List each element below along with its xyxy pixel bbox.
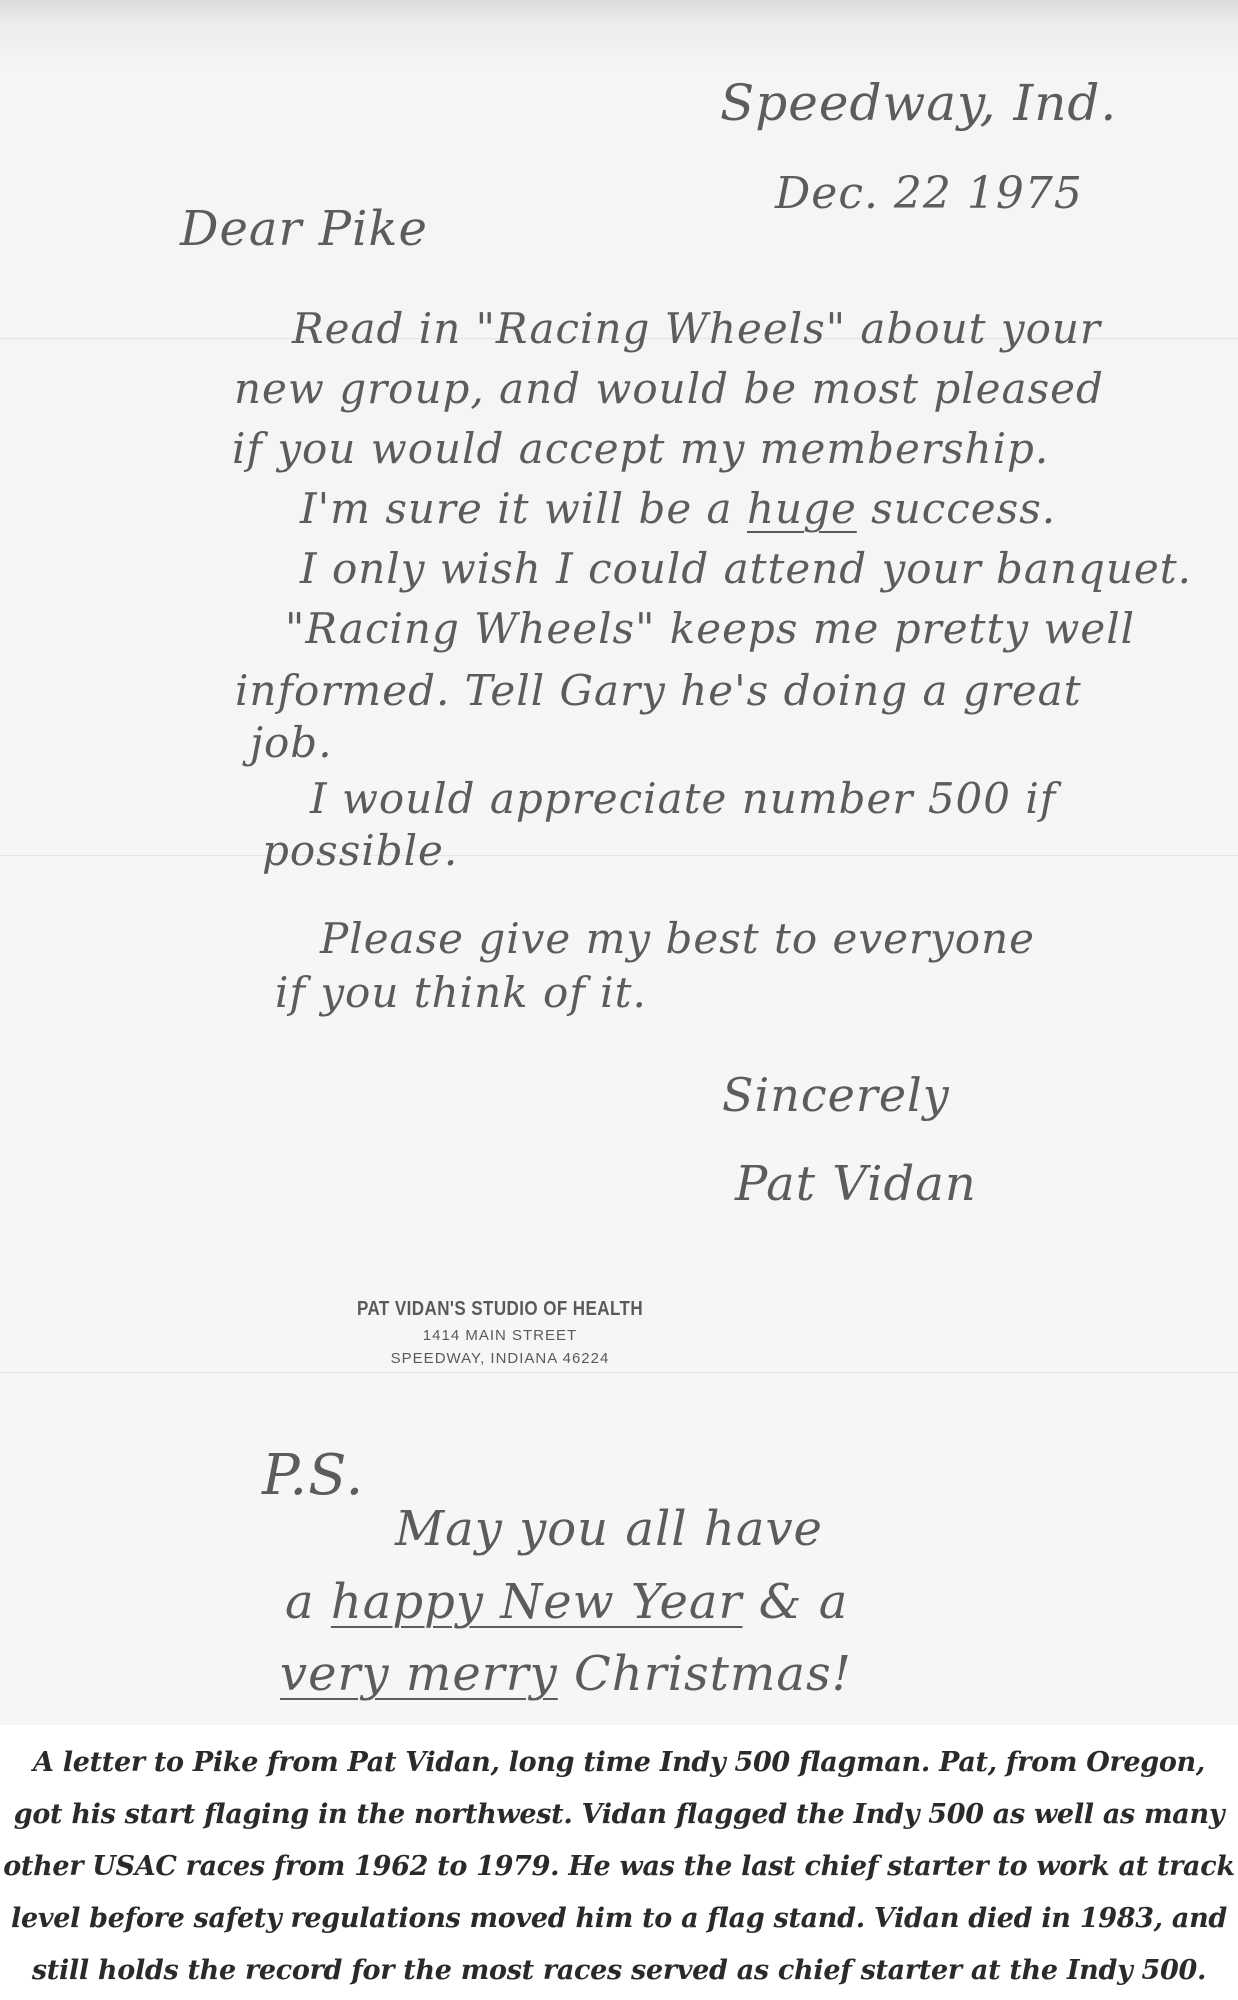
letterhead-street: 1414 MAIN STREET: [300, 1327, 700, 1344]
body-line: if you would accept my membership.: [232, 428, 1049, 470]
letter-salutation: Dear Pike: [180, 205, 428, 253]
caption-line: still holds the record for the most race…: [0, 1945, 1238, 1997]
body-line: I'm sure it will be a huge success.: [300, 484, 1056, 533]
postscript-line-2: a happy New Year & a: [285, 1578, 848, 1626]
postscript-underlined-text: very merry: [280, 1646, 558, 1702]
postscript-text: a: [285, 1574, 315, 1630]
body-line: Read in "Racing Wheels" about your: [292, 308, 1101, 350]
body-line: I only wish I could attend your banquet.: [300, 548, 1192, 590]
letterhead-city: SPEEDWAY, INDIANA 46224: [300, 1350, 700, 1367]
fold-line: [0, 1372, 1238, 1374]
caption-line: got his start flaging in the northwest. …: [0, 1789, 1238, 1841]
caption: A letter to Pike from Pat Vidan, long ti…: [0, 1737, 1238, 1997]
body-line: possible.: [262, 830, 458, 872]
body-line: if you think of it.: [275, 972, 647, 1014]
signature: Pat Vidan: [735, 1160, 977, 1208]
caption-line: A letter to Pike from Pat Vidan, long ti…: [0, 1737, 1238, 1789]
letter-date: Dec. 22 1975: [775, 172, 1083, 216]
letterhead: PAT VIDAN'S STUDIO OF HEALTH 1414 MAIN S…: [300, 1298, 700, 1367]
body-line: "Racing Wheels" keeps me pretty well: [285, 608, 1135, 650]
body-line: Please give my best to everyone: [320, 918, 1035, 960]
body-line: I would appreciate number 500 if: [310, 778, 1056, 820]
postscript-label: P.S.: [262, 1448, 364, 1504]
postscript-text: & a: [759, 1574, 849, 1630]
body-line-huge: I'm sure it will be a huge success.: [300, 488, 1056, 530]
letter-paper: Speedway, Ind. Dec. 22 1975 Dear Pike Re…: [0, 0, 1238, 1725]
caption-line: other USAC races from 1962 to 1979. He w…: [0, 1841, 1238, 1893]
fold-line: [0, 855, 1238, 857]
letterhead-name: PAT VIDAN'S STUDIO OF HEALTH: [330, 1298, 670, 1321]
body-line: job.: [250, 722, 333, 764]
postscript-line-1: May you all have: [395, 1505, 823, 1553]
body-line: new group, and would be most pleased: [234, 368, 1104, 410]
body-line: informed. Tell Gary he's doing a great: [235, 670, 1082, 712]
letter-closing: Sincerely: [722, 1072, 950, 1118]
letter-place: Speedway, Ind.: [720, 78, 1117, 128]
postscript-text: Christmas!: [574, 1646, 852, 1702]
caption-line: level before safety regulations moved hi…: [0, 1893, 1238, 1945]
postscript-underlined-text: happy New Year: [331, 1574, 743, 1630]
postscript-line-3: very merry Christmas!: [280, 1650, 852, 1698]
underlined-word: huge: [747, 484, 857, 533]
